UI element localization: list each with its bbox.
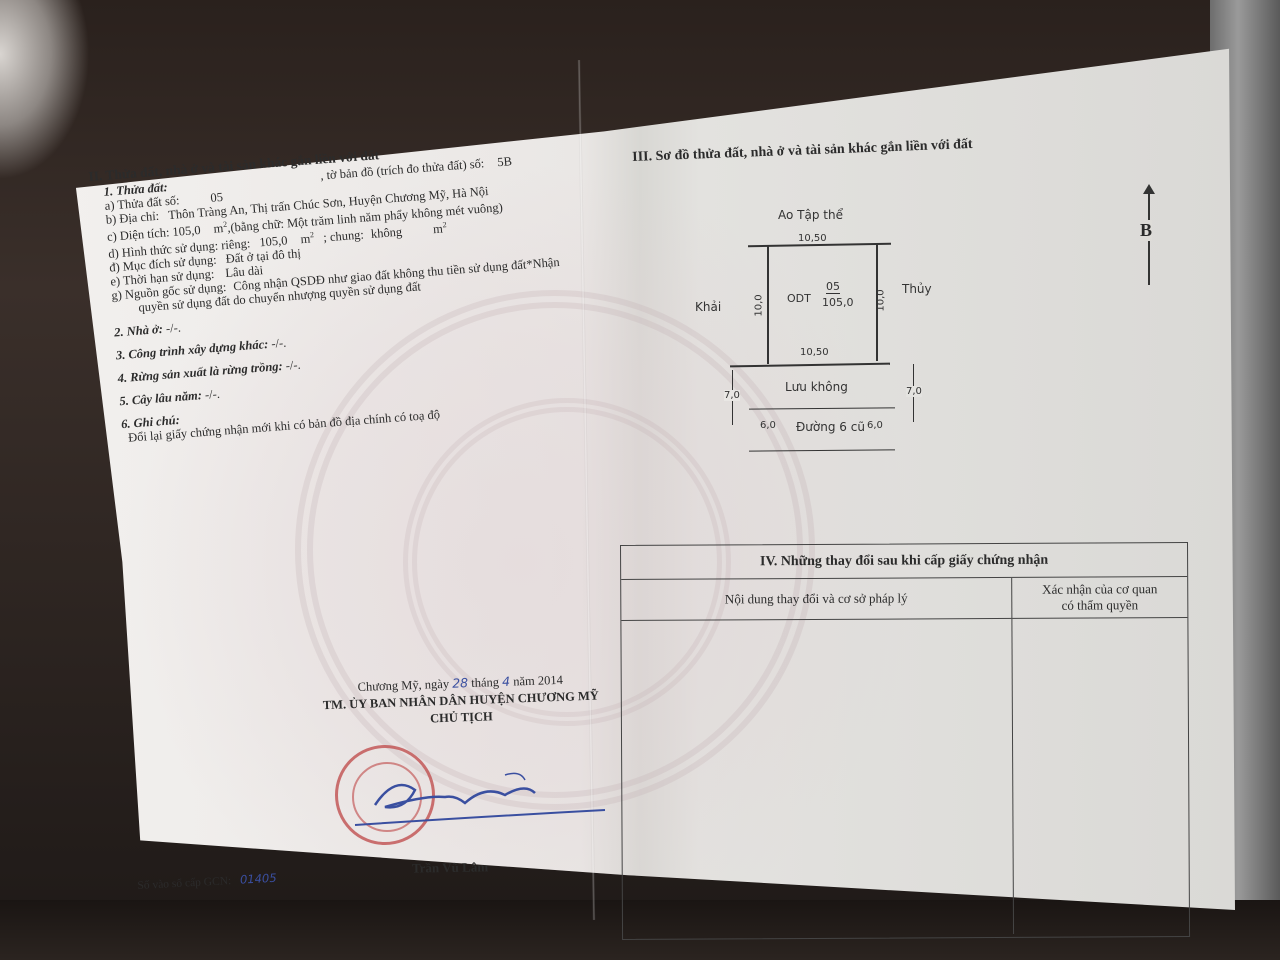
background-object	[0, 0, 90, 180]
changes-table-header: Nội dung thay đổi và cơ sở pháp lý Xác n…	[621, 577, 1187, 621]
section-2: II. Thửa đất, nhà ở và tài sản khác gắn …	[88, 131, 627, 447]
changes-table-body	[621, 618, 1189, 936]
date-day: 28	[452, 675, 468, 691]
top-length: 10,50	[798, 233, 827, 244]
road-left: 6,0	[760, 420, 776, 431]
registry-number: Số vào sổ cấp GCN: 01405	[137, 871, 277, 892]
bottom-length: 10,50	[800, 347, 829, 358]
change-content-cell	[621, 619, 1014, 936]
signature-block: Chương Mỹ, ngày 28 tháng 4 năm 2014 TM. …	[300, 669, 622, 732]
right-length: 10,0	[876, 289, 887, 311]
setback-left: 7,0	[724, 390, 740, 401]
parcel-no: 05	[826, 280, 840, 294]
col-authority-confirmation: Xác nhận của cơ quancó thẩm quyền	[1012, 577, 1187, 618]
changes-table: IV. Những thay đổi sau khi cấp giấy chứn…	[620, 542, 1190, 940]
road-right: 6,0	[867, 420, 883, 431]
signature-icon	[335, 765, 615, 835]
land-type: ODT	[787, 292, 811, 305]
left-boundary	[767, 246, 769, 364]
signer-name: Trần Vũ Lâm	[412, 859, 488, 876]
top-neighbor: Ao Tập thể	[778, 208, 843, 222]
road-label: Đường 6 cũ	[796, 420, 865, 434]
parcel-area: 105,0	[822, 296, 854, 309]
map-sheet-number: 5B	[487, 154, 513, 170]
right-neighbor: Thủy	[902, 282, 932, 296]
setback-label: Lưu không	[785, 380, 848, 394]
date-month: 4	[502, 674, 510, 689]
north-label: B	[1140, 220, 1152, 241]
col-change-content: Nội dung thay đổi và cơ sở pháp lý	[621, 578, 1012, 620]
changes-table-title: IV. Những thay đổi sau khi cấp giấy chứn…	[621, 543, 1187, 580]
left-neighbor: Khải	[695, 300, 721, 314]
setback-right: 7,0	[906, 386, 922, 397]
left-length: 10,0	[754, 294, 765, 316]
